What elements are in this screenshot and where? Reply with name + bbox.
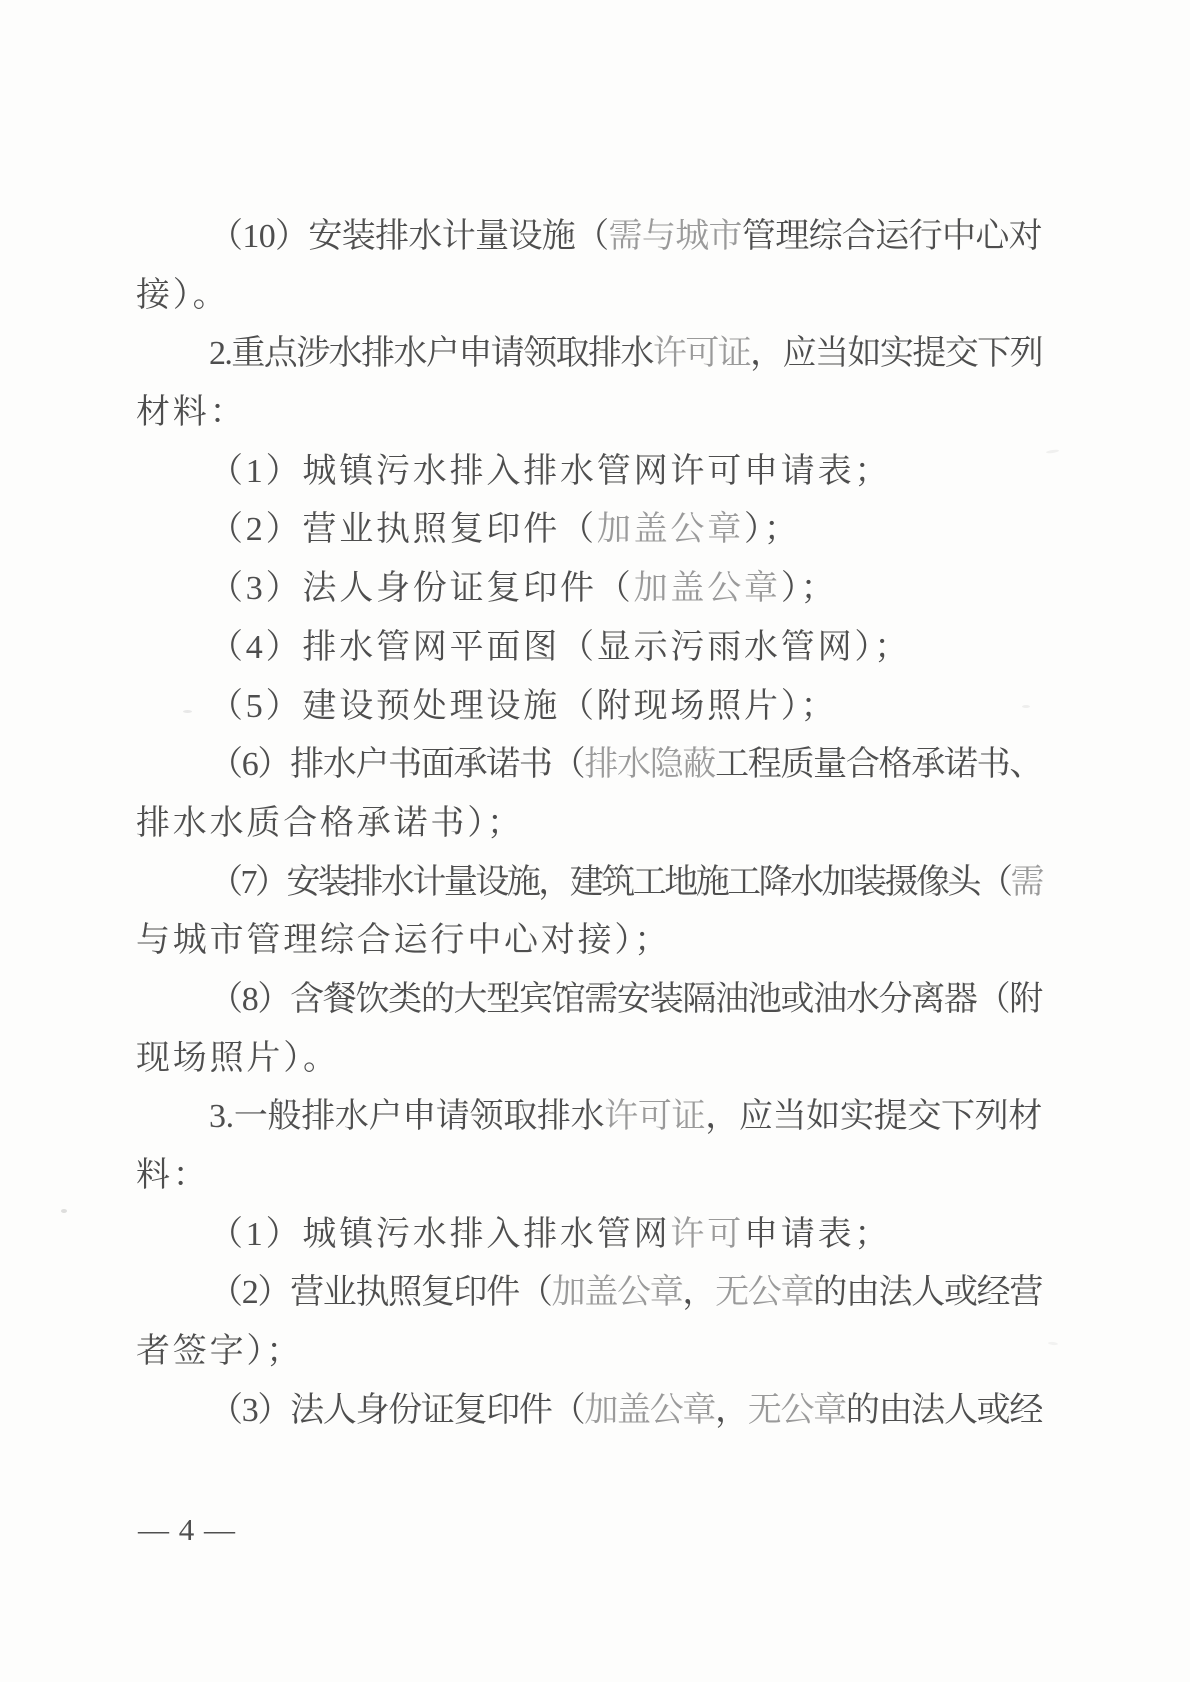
- text-line: （3）法人身份证复印件（加盖公章，无公章的由法人或经: [136, 1382, 1042, 1441]
- text-line: （2）营业执照复印件（加盖公章）；: [136, 501, 1042, 560]
- text-segment: 无公章: [715, 1274, 813, 1311]
- text-segment: （5）建设预处理设施（附现场照片）；: [209, 688, 837, 725]
- text-segment: ，应当如实提交下列材: [705, 1098, 1042, 1135]
- text-segment: （7）安装排水计量设施，建筑工地施工降水加装摄像头（: [209, 864, 1011, 901]
- text-segment: ）；: [744, 511, 801, 548]
- text-segment: 许可证: [653, 335, 750, 372]
- text-segment: 2.重点涉水排水户申请领取排水: [209, 335, 653, 372]
- scan-speck: [183, 710, 192, 713]
- text-segment: 现场照片）。: [136, 1040, 340, 1077]
- text-segment: 加盖公章: [634, 570, 781, 607]
- text-segment: ）；: [781, 570, 838, 607]
- text-segment: 料：: [136, 1157, 210, 1194]
- text-line: 排水水质合格承诺书）；: [136, 795, 1042, 854]
- text-line: 2.重点涉水排水户申请领取排水许可证，应当如实提交下列: [136, 325, 1042, 384]
- text-line: 材料：: [136, 384, 1042, 443]
- text-line: （8）含餐饮类的大型宾馆需安装隔油池或油水分离器（附: [136, 971, 1042, 1030]
- text-line: （3）法人身份证复印件（加盖公章）；: [136, 560, 1042, 619]
- text-segment: 加盖公章: [584, 1392, 715, 1429]
- text-segment: 需与城市: [609, 218, 742, 255]
- document-body: （10）安装排水计量设施（需与城市管理综合运行中心对接）。2.重点涉水排水户申请…: [136, 208, 1042, 1440]
- text-segment: 许可证: [604, 1098, 705, 1135]
- text-line: 现场照片）。: [136, 1030, 1042, 1089]
- text-segment: 的由法人或经: [846, 1392, 1042, 1429]
- text-segment: ，: [682, 1274, 715, 1311]
- scan-speck: [1048, 1341, 1058, 1345]
- text-segment: （6）排水户书面承诺书（: [209, 746, 584, 783]
- text-line: 料：: [136, 1147, 1042, 1206]
- text-line: 者签字）；: [136, 1323, 1042, 1382]
- text-segment: （8）含餐饮类的大型宾馆需安装隔油池或油水分离器（附: [209, 981, 1042, 1018]
- page-number: — 4 —: [138, 1506, 236, 1554]
- text-line: （6）排水户书面承诺书（排水隐蔽工程质量合格承诺书、: [136, 736, 1042, 795]
- text-segment: 3.一般排水户申请领取排水: [209, 1098, 604, 1135]
- text-segment: 排水隐蔽: [584, 746, 715, 783]
- text-segment: （2）营业执照复印件（: [209, 1274, 552, 1311]
- text-segment: （1）城镇污水排入排水管网许可申请表；: [209, 453, 891, 490]
- text-segment: （10）安装排水计量设施（: [209, 218, 609, 255]
- document-page: （10）安装排水计量设施（需与城市管理综合运行中心对接）。2.重点涉水排水户申请…: [0, 0, 1190, 1682]
- text-line: （5）建设预处理设施（附现场照片）；: [136, 678, 1042, 737]
- text-segment: 申请表；: [744, 1216, 891, 1253]
- text-line: （1）城镇污水排入排水管网许可申请表；: [136, 443, 1042, 502]
- text-segment: 与城市管理综合运行中心对接）；: [136, 922, 671, 959]
- text-line: （10）安装排水计量设施（需与城市管理综合运行中心对: [136, 208, 1042, 267]
- text-line: 与城市管理综合运行中心对接）；: [136, 912, 1042, 971]
- text-segment: （4）排水管网平面图（显示污雨水管网）；: [209, 629, 911, 666]
- text-segment: （3）法人身份证复印件（: [209, 1392, 584, 1429]
- text-segment: 工程质量合格承诺书、: [715, 746, 1042, 783]
- text-line: （1）城镇污水排入排水管网许可申请表；: [136, 1206, 1042, 1265]
- text-segment: 接）。: [136, 277, 229, 314]
- text-line: （7）安装排水计量设施，建筑工地施工降水加装摄像头（需: [136, 854, 1042, 913]
- text-segment: 需: [1011, 864, 1042, 901]
- text-segment: ，应当如实提交下列: [750, 335, 1042, 372]
- text-segment: 管理综合运行中心对: [742, 218, 1042, 255]
- text-line: 3.一般排水户申请领取排水许可证，应当如实提交下列材: [136, 1088, 1042, 1147]
- text-segment: 许可: [670, 1216, 744, 1253]
- scan-speck: [1022, 705, 1030, 708]
- scan-speck: [61, 1209, 67, 1213]
- text-segment: 无公章: [748, 1392, 846, 1429]
- text-line: 接）。: [136, 267, 1042, 326]
- text-segment: 材料：: [136, 394, 246, 431]
- text-segment: （1）城镇污水排入排水管网: [209, 1216, 670, 1253]
- text-segment: 者签字）；: [136, 1333, 303, 1370]
- text-segment: 加盖公章: [597, 511, 744, 548]
- text-segment: 排水水质合格承诺书）；: [136, 805, 524, 842]
- text-segment: ，: [715, 1392, 748, 1429]
- text-segment: 的由法人或经营: [813, 1274, 1042, 1311]
- text-segment: （3）法人身份证复印件（: [209, 570, 634, 607]
- text-line: （2）营业执照复印件（加盖公章，无公章的由法人或经营: [136, 1264, 1042, 1323]
- text-line: （4）排水管网平面图（显示污雨水管网）；: [136, 619, 1042, 678]
- text-segment: （2）营业执照复印件（: [209, 511, 597, 548]
- scan-speck: [1046, 449, 1059, 454]
- text-segment: 加盖公章: [552, 1274, 683, 1311]
